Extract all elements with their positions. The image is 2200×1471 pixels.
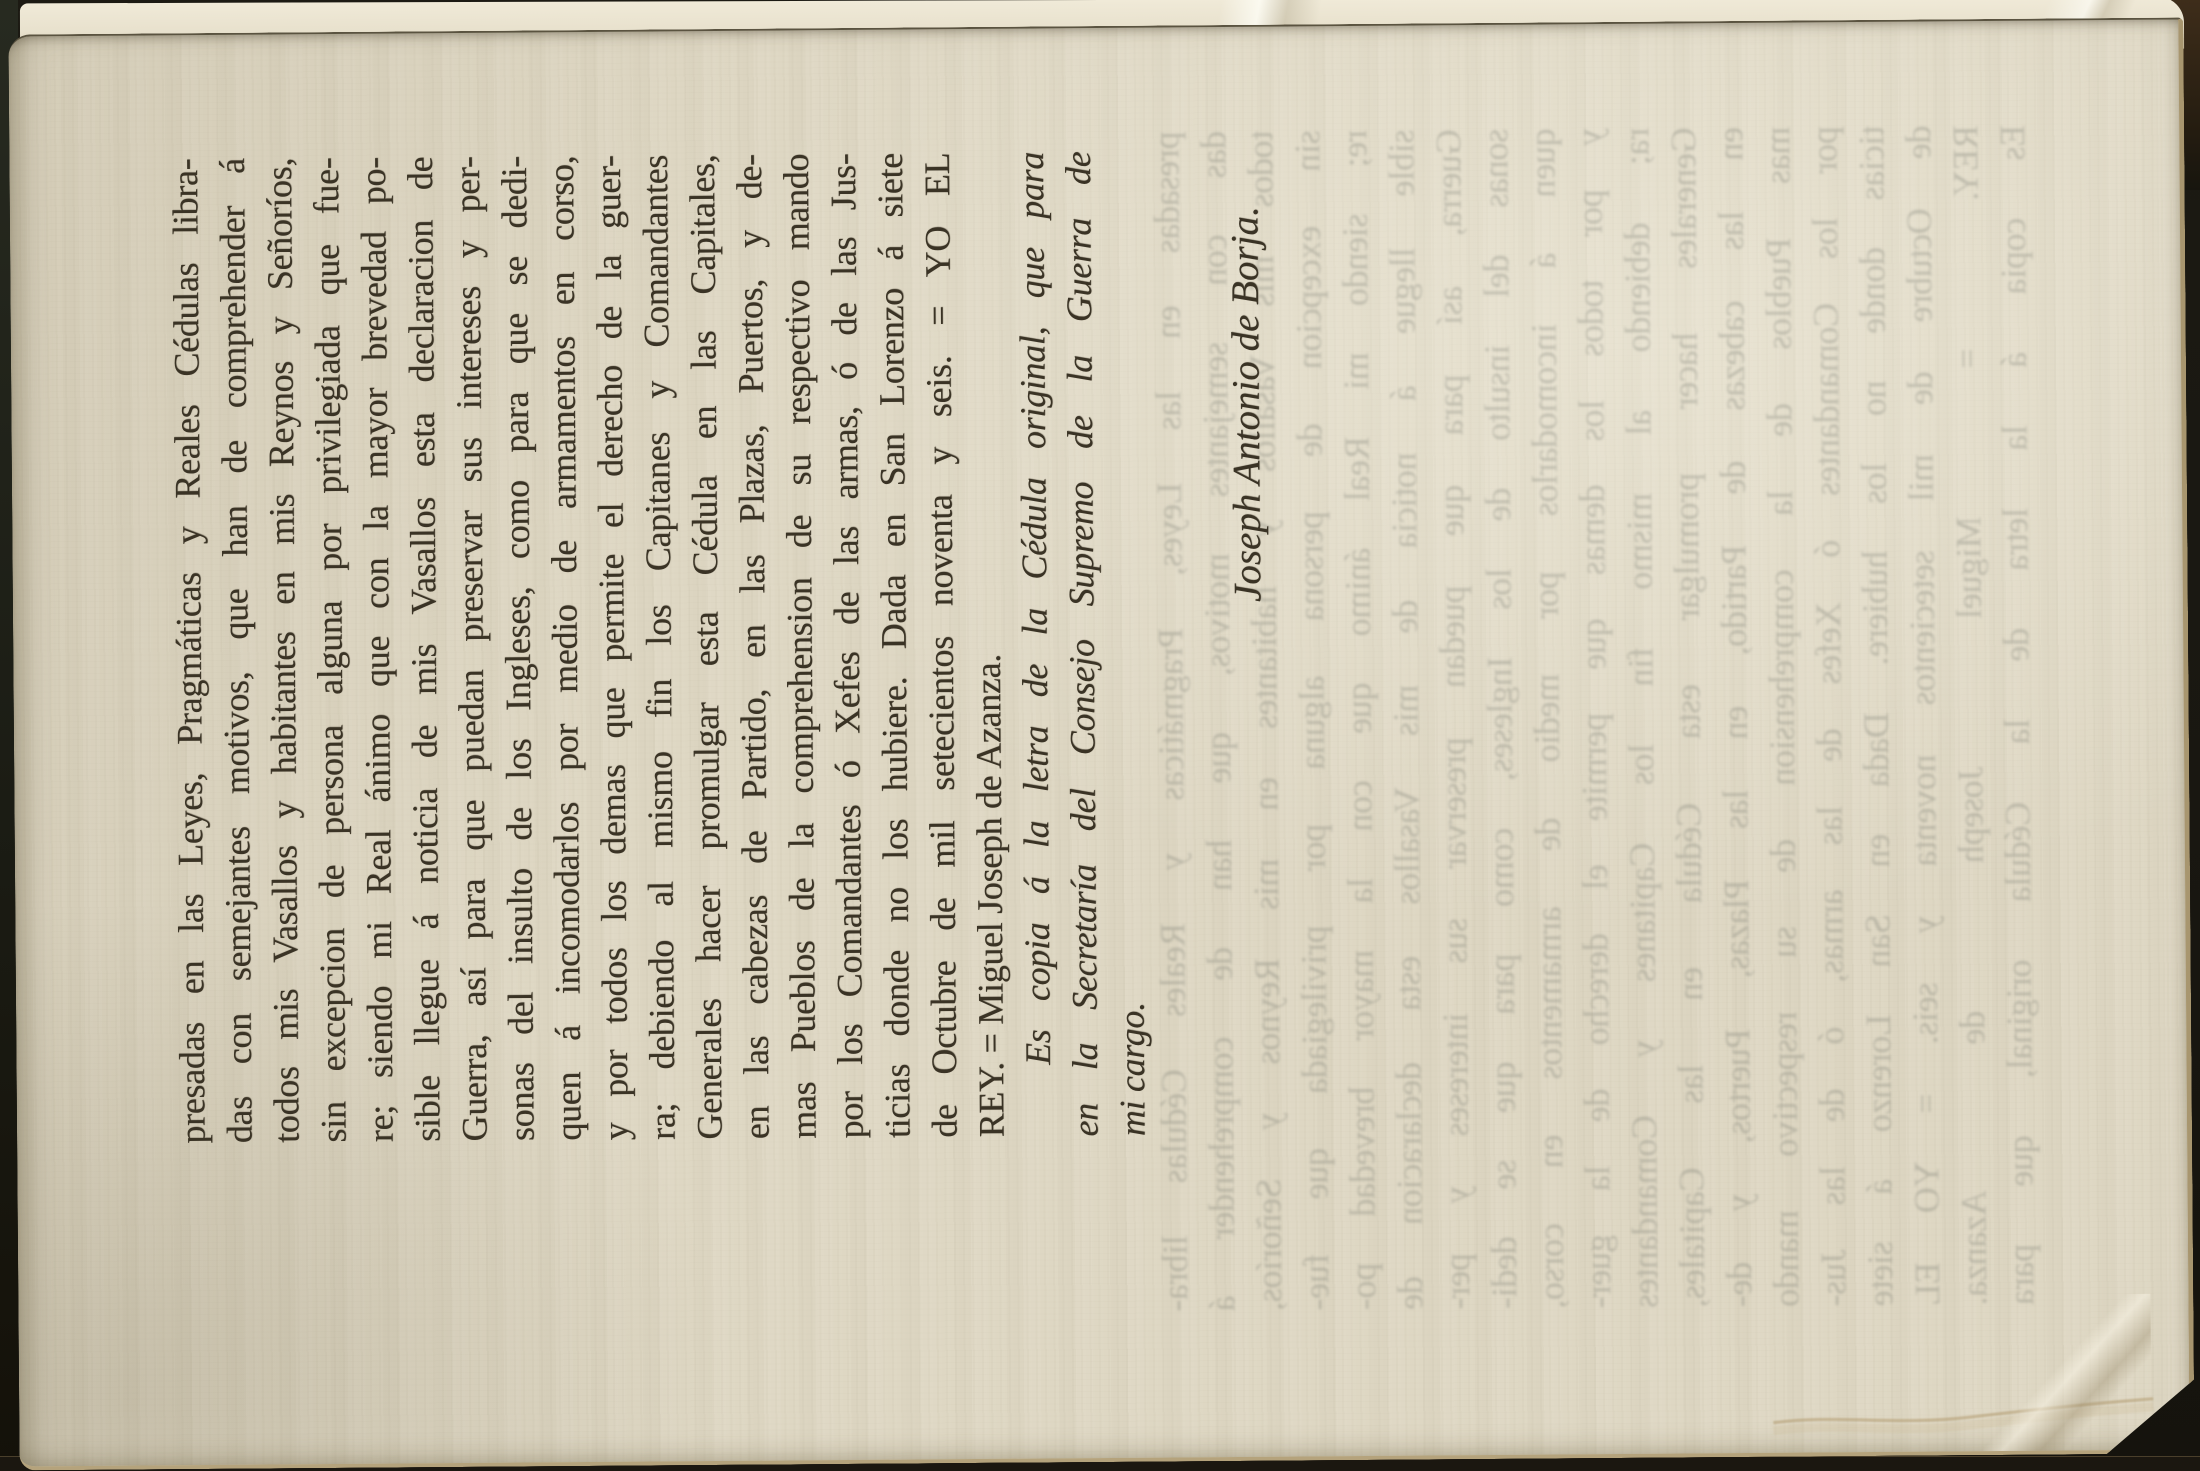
text-line: quen á incomodarlos por medio de armamen…: [538, 156, 593, 1141]
text-line: sin excepcion de persona alguna por priv…: [303, 157, 358, 1142]
text-line: ticias donde no los hubiere. Dada en San…: [867, 153, 922, 1138]
text-line: das con semejantes motivos, que han de c…: [209, 158, 264, 1143]
text-line: ra; debiendo al mismo fin los Capitanes …: [632, 155, 687, 1140]
certification-line: en la Secretaría del Consejo Supremo de …: [1055, 151, 1110, 1136]
photo-frame: presadas en las Leyes, Pragmáticas y Rea…: [0, 0, 2200, 1471]
text-line: mas Pueblos de la comprehension de su re…: [773, 154, 828, 1139]
text-line: sonas del insulto de los Ingleses, como …: [491, 156, 546, 1141]
text-line: en las cabezas de Partido, en las Plazas…: [726, 154, 781, 1139]
printed-text-block: presadas en las Leyes, Pragmáticas y Rea…: [162, 150, 1290, 1144]
text-line: Guerra, así para que puedan preservar su…: [444, 156, 499, 1141]
page-corner-fold: [1950, 1294, 2151, 1456]
book-page: presadas en las Leyes, Pragmáticas y Rea…: [8, 17, 2194, 1470]
text-line: Generales hacer promulgar esta Cédula en…: [679, 154, 734, 1139]
certification-paragraph: Es copia á la letra de la Cédula origina…: [1008, 151, 1157, 1137]
text-line: sible llegue á noticia de mis Vasallos e…: [397, 157, 452, 1142]
book-photograph: { "document": { "body_lines": [ {"t":"pr…: [0, 0, 2200, 1471]
bleed-through-line: Es copia á la letra de la Cédula origina…: [1989, 125, 2045, 1305]
text-line: por los Comandantes ó Xefes de las armas…: [820, 153, 875, 1138]
text-line: REY. = Miguel Joseph de Azanza.: [961, 152, 1016, 1137]
signature-line: Joseph Antonio de Borja.: [1221, 150, 1276, 1135]
main-paragraph: presadas en las Leyes, Pragmáticas y Rea…: [162, 152, 1016, 1144]
text-line: de Octubre de mil setecientos noventa y …: [914, 153, 969, 1138]
certification-line: Es copia á la letra de la Cédula origina…: [1008, 152, 1063, 1137]
certification-line: mi cargo.: [1102, 151, 1157, 1136]
text-line: todos mis Vasallos y habitantes en mis R…: [256, 158, 311, 1143]
text-line: y por todos los demas que permite el der…: [585, 155, 640, 1140]
text-line: re; siendo mi Real ánimo que con la mayo…: [350, 157, 405, 1142]
text-line: presadas en las Leyes, Pragmáticas y Rea…: [162, 158, 217, 1143]
